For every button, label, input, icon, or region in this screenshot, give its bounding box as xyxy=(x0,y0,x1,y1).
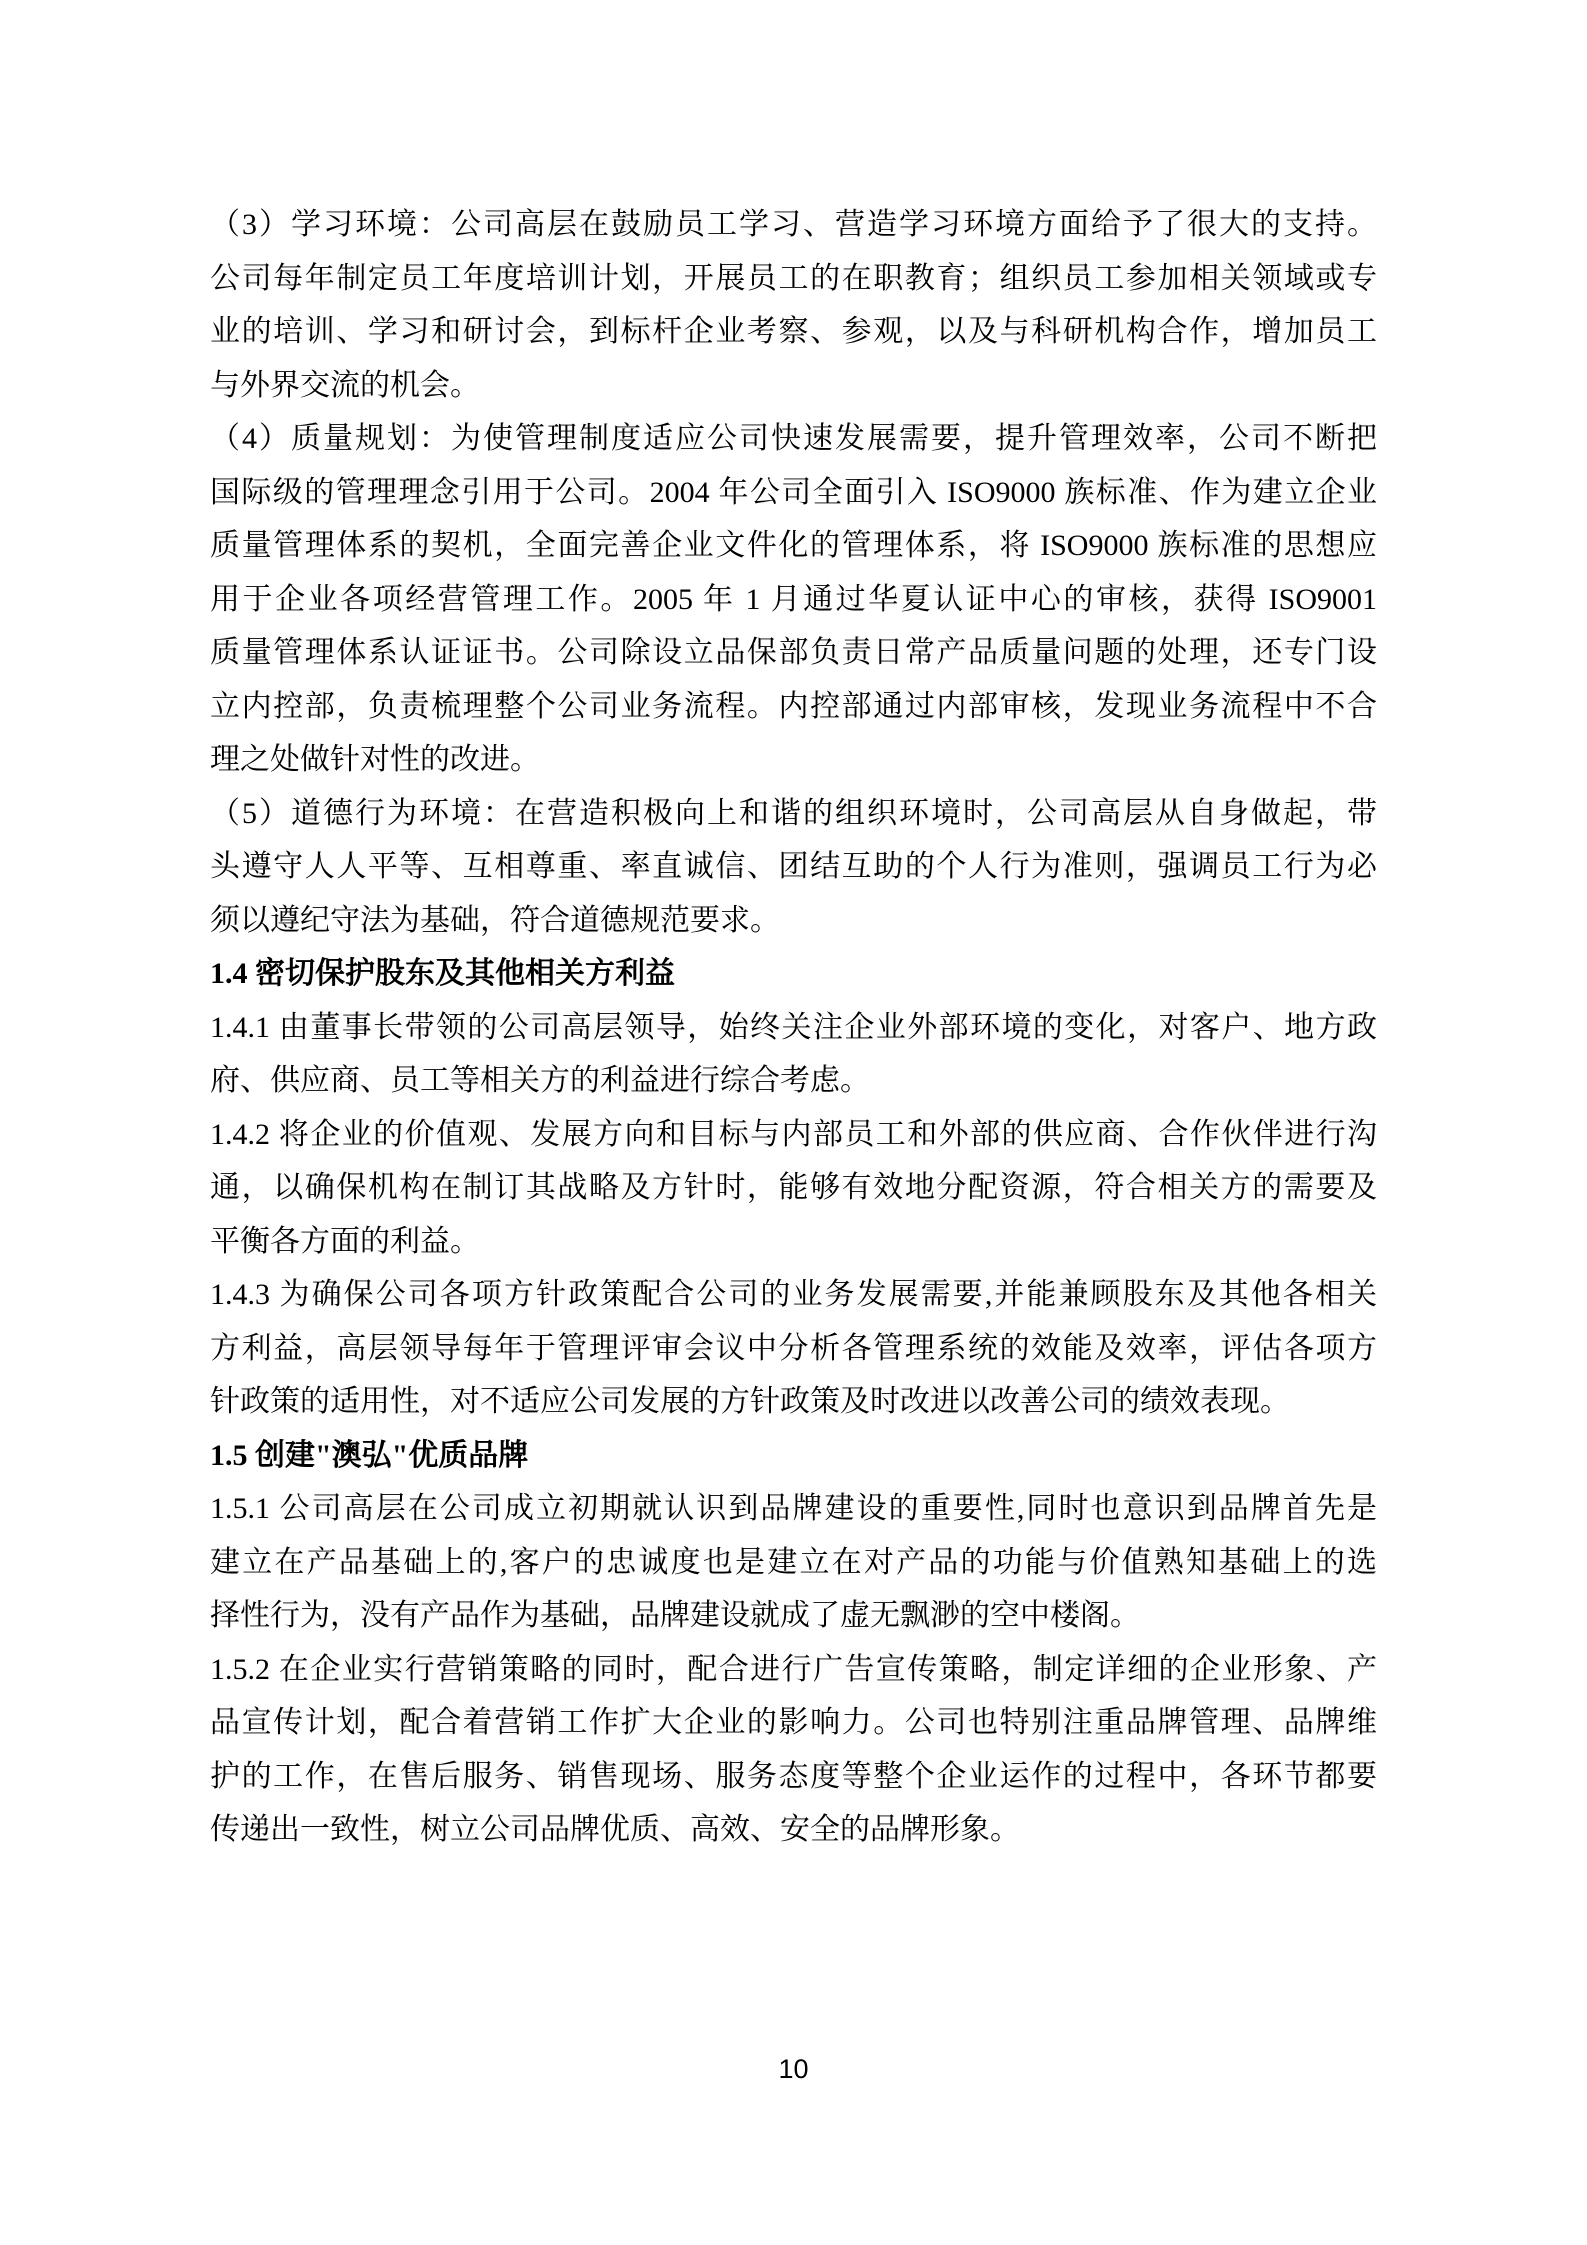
text-line: 1.4.2 将企业的价值观、发展方向和目标与内部员工和外部的供应商、合作伙伴进行… xyxy=(210,1108,1377,1162)
text-line: （5）道德行为环境：在营造积极向上和谐的组织环境时，公司高层从自身做起，带 xyxy=(210,787,1377,841)
text-line: 通，以确保机构在制订其战略及方针时，能够有效地分配资源，符合相关方的需要及 xyxy=(210,1161,1377,1215)
text-line: 质量管理体系认证证书。公司除设立品保部负责日常产品质量问题的处理，还专门设 xyxy=(210,626,1377,680)
paragraph-5-ethical-environment: （5）道德行为环境：在营造积极向上和谐的组织环境时，公司高层从自身做起，带头遵守… xyxy=(210,787,1377,948)
paragraph-1-4-3: 1.4.3 为确保公司各项方针政策配合公司的业务发展需要,并能兼顾股东及其他各相… xyxy=(210,1268,1377,1429)
text-line: 理之处做针对性的改进。 xyxy=(210,733,1377,787)
text-line: 用于企业各项经营管理工作。2005 年 1 月通过华夏认证中心的审核，获得 IS… xyxy=(210,573,1377,627)
text-line: 头遵守人人平等、互相尊重、率直诚信、团结互助的个人行为准则，强调员工行为必 xyxy=(210,840,1377,894)
text-line: 业的培训、学习和研讨会，到标杆企业考察、参观，以及与科研机构合作，增加员工 xyxy=(210,305,1377,359)
paragraph-1-5-2: 1.5.2 在企业实行营销策略的同时，配合进行广告宣传策略，制定详细的企业形象、… xyxy=(210,1643,1377,1857)
text-line: 国际级的管理理念引用于公司。2004 年公司全面引入 ISO9000 族标准、作… xyxy=(210,466,1377,520)
text-line: （3）学习环境：公司高层在鼓励员工学习、营造学习环境方面给予了很大的支持。 xyxy=(210,198,1377,252)
text-line: 择性行为，没有产品作为基础，品牌建设就成了虚无飘渺的空中楼阁。 xyxy=(210,1589,1377,1643)
text-line: 立内控部，负责梳理整个公司业务流程。内控部通过内部审核，发现业务流程中不合 xyxy=(210,680,1377,734)
text-line: 1.4.1 由董事长带领的公司高层领导，始终关注企业外部环境的变化，对客户、地方… xyxy=(210,1001,1377,1055)
text-line: 护的工作，在售后服务、销售现场、服务态度等整个企业运作的过程中，各环节都要 xyxy=(210,1750,1377,1804)
text-line: 1.4 密切保护股东及其他相关方利益 xyxy=(210,947,1377,1001)
text-line: 平衡各方面的利益。 xyxy=(210,1215,1377,1269)
heading-1-5: 1.5 创建"澳弘"优质品牌 xyxy=(210,1429,1377,1483)
text-line: （4）质量规划：为使管理制度适应公司快速发展需要，提升管理效率，公司不断把 xyxy=(210,412,1377,466)
text-block: （3）学习环境：公司高层在鼓励员工学习、营造学习环境方面给予了很大的支持。公司每… xyxy=(210,198,1377,1857)
page-number: 10 xyxy=(0,2052,1587,2086)
paragraph-1-4-2: 1.4.2 将企业的价值观、发展方向和目标与内部员工和外部的供应商、合作伙伴进行… xyxy=(210,1108,1377,1269)
document-page: （3）学习环境：公司高层在鼓励员工学习、营造学习环境方面给予了很大的支持。公司每… xyxy=(0,0,1587,2245)
text-line: 针政策的适用性，对不适应公司发展的方针政策及时改进以改善公司的绩效表现。 xyxy=(210,1375,1377,1429)
text-line: 建立在产品基础上的,客户的忠诚度也是建立在对产品的功能与价值熟知基础上的选 xyxy=(210,1536,1377,1590)
text-line: 与外界交流的机会。 xyxy=(210,359,1377,413)
text-line: 1.5 创建"澳弘"优质品牌 xyxy=(210,1429,1377,1483)
text-line: 传递出一致性，树立公司品牌优质、高效、安全的品牌形象。 xyxy=(210,1803,1377,1857)
text-line: 方利益，高层领导每年于管理评审会议中分析各管理系统的效能及效率，评估各项方 xyxy=(210,1322,1377,1376)
text-line: 1.5.2 在企业实行营销策略的同时，配合进行广告宣传策略，制定详细的企业形象、… xyxy=(210,1643,1377,1697)
paragraph-3-learning-environment: （3）学习环境：公司高层在鼓励员工学习、营造学习环境方面给予了很大的支持。公司每… xyxy=(210,198,1377,412)
text-line: 品宣传计划，配合着营销工作扩大企业的影响力。公司也特别注重品牌管理、品牌维 xyxy=(210,1696,1377,1750)
paragraph-4-quality-planning: （4）质量规划：为使管理制度适应公司快速发展需要，提升管理效率，公司不断把国际级… xyxy=(210,412,1377,787)
text-line: 府、供应商、员工等相关方的利益进行综合考虑。 xyxy=(210,1054,1377,1108)
text-line: 1.5.1 公司高层在公司成立初期就认识到品牌建设的重要性,同时也意识到品牌首先… xyxy=(210,1482,1377,1536)
paragraph-1-4-1: 1.4.1 由董事长带领的公司高层领导，始终关注企业外部环境的变化，对客户、地方… xyxy=(210,1001,1377,1108)
text-line: 公司每年制定员工年度培训计划，开展员工的在职教育；组织员工参加相关领域或专 xyxy=(210,252,1377,306)
text-line: 须以遵纪守法为基础，符合道德规范要求。 xyxy=(210,894,1377,948)
text-line: 1.4.3 为确保公司各项方针政策配合公司的业务发展需要,并能兼顾股东及其他各相… xyxy=(210,1268,1377,1322)
paragraph-1-5-1: 1.5.1 公司高层在公司成立初期就认识到品牌建设的重要性,同时也意识到品牌首先… xyxy=(210,1482,1377,1643)
text-line: 质量管理体系的契机，全面完善企业文件化的管理体系，将 ISO9000 族标准的思… xyxy=(210,519,1377,573)
heading-1-4: 1.4 密切保护股东及其他相关方利益 xyxy=(210,947,1377,1001)
